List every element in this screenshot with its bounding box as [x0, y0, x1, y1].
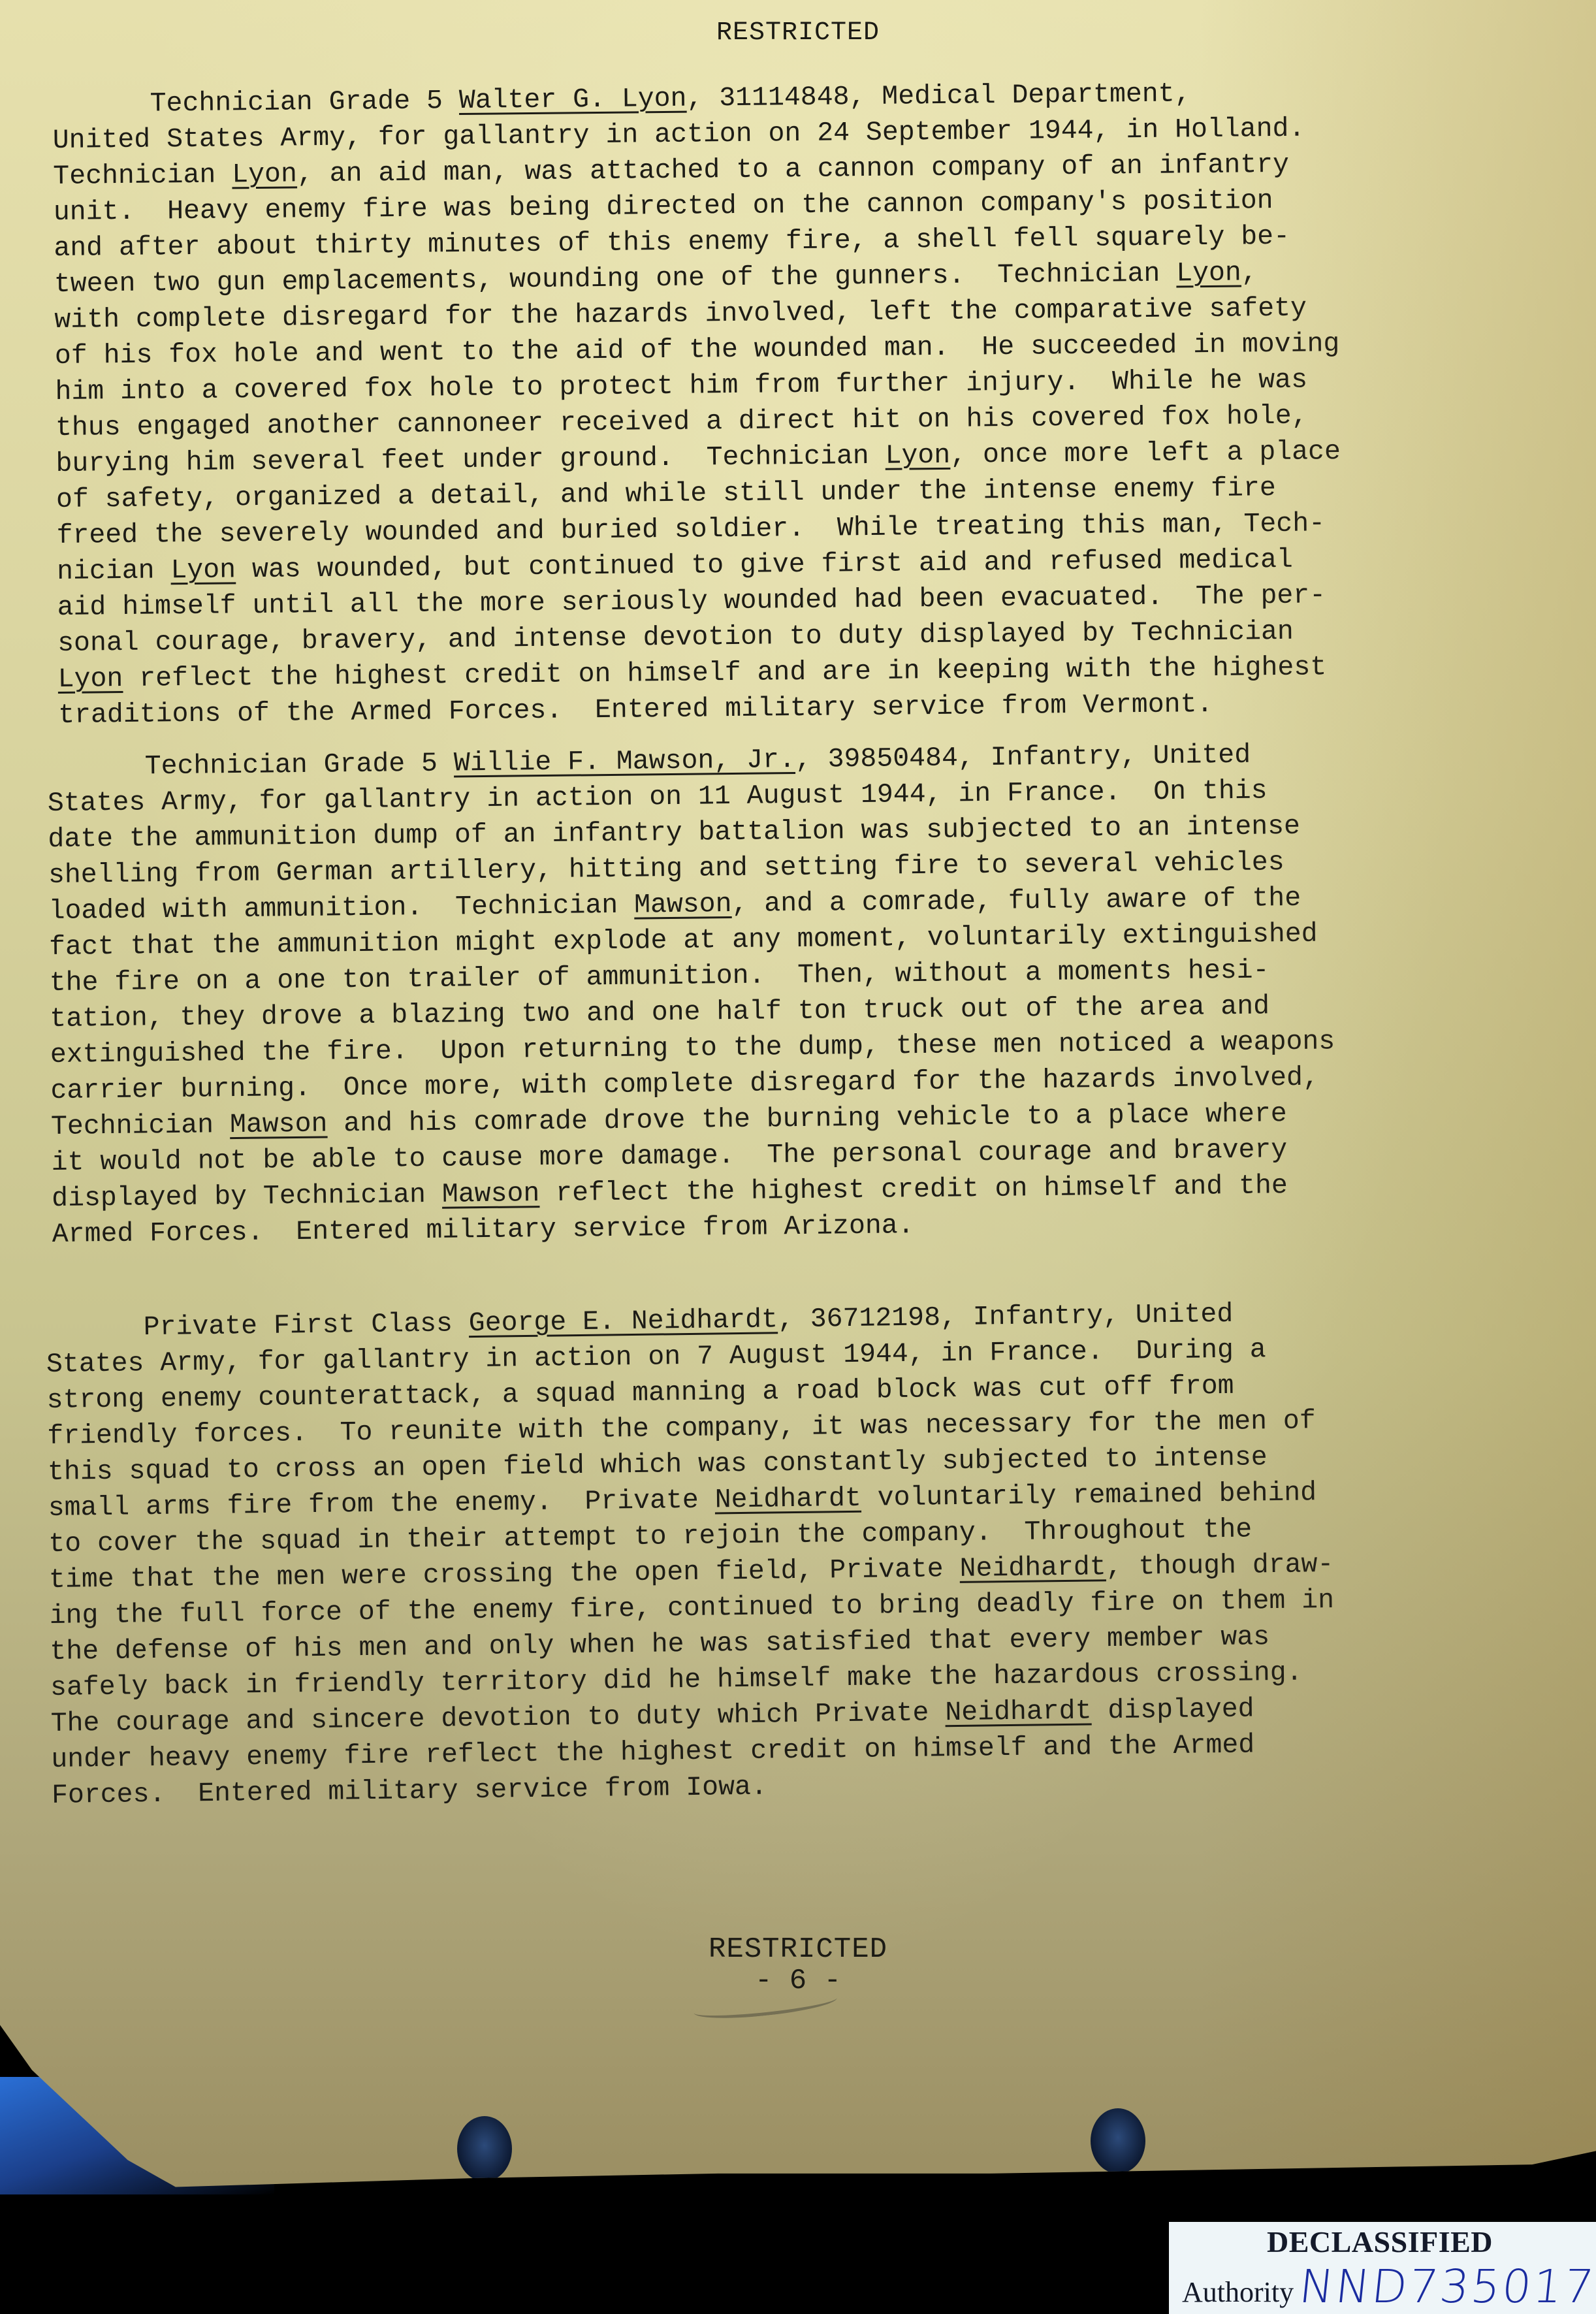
text-line: extinguished the fire. Upon returning to… [50, 1021, 1546, 1073]
text-line: Lyon reflect the highest credit on himse… [57, 647, 1553, 698]
citation-paragraph-neidhardt: Private First Class George E. Neidhardt,… [46, 1293, 1547, 1814]
paper-crease-mark [693, 1988, 838, 2023]
declassified-stamp: DECLASSIFIED Authority NND735017 [1169, 2222, 1596, 2314]
text-segment: extinguished the fire. Upon returning to… [50, 1026, 1335, 1070]
text-line: of his fox hole and went to the aid of t… [55, 324, 1550, 374]
text-segment: friendly forces. To reunite with the com… [47, 1406, 1316, 1452]
text-line: traditions of the Armed Forces. Entered … [58, 683, 1554, 733]
text-segment: tween two gun emplacements, wounding one… [54, 258, 1177, 299]
text-segment: loaded with ammunition. Technician [48, 890, 634, 927]
underlined-name: George E. Neidhardt [469, 1304, 778, 1339]
text-segment: shelling from German artillery, hitting … [48, 847, 1285, 891]
text-line: Armed Forces. Entered military service f… [52, 1201, 1547, 1253]
underlined-name: Walter G. Lyon [459, 84, 687, 116]
text-segment: States Army, for gallantry in action on … [46, 1334, 1266, 1380]
text-line: freed the severely wounded and buried so… [56, 504, 1552, 554]
punch-hole-left [457, 2116, 512, 2181]
text-segment: carrier burning. Once more, with complet… [50, 1063, 1319, 1106]
text-segment: and after about thirty minutes of this e… [54, 221, 1290, 264]
declassified-title: DECLASSIFIED [1267, 2225, 1493, 2259]
text-segment: , though draw- [1106, 1549, 1333, 1583]
text-line: of safety, organized a detail, and while… [56, 468, 1552, 518]
text-segment: aid himself until all the more seriously… [57, 580, 1326, 623]
text-line: thus engaged another cannoneer received … [56, 396, 1551, 446]
punch-hole-right [1091, 2108, 1145, 2174]
underlined-name: Neidhardt [945, 1695, 1092, 1728]
underlined-name: Lyon [232, 159, 297, 190]
page-number: - 6 - [0, 1965, 1596, 1997]
text-segment: , 36712198, Infantry, United [778, 1299, 1234, 1336]
text-segment: , an aid man, was attached to a cannon c… [297, 150, 1290, 190]
text-line: fact that the ammunition might explode a… [49, 914, 1544, 965]
text-line: Technician Grade 5 Walter G. Lyon, 31114… [52, 72, 1548, 123]
text-segment: United States Army, for gallantry in act… [53, 114, 1305, 156]
text-line: the fire on a one ton trailer of ammunit… [49, 950, 1544, 1001]
text-segment: under heavy enemy fire reflect the highe… [51, 1729, 1254, 1775]
text-line: aid himself until all the more seriously… [57, 575, 1552, 626]
citation-paragraph-mawson: Technician Grade 5 Willie F. Mawson, Jr.… [47, 734, 1548, 1253]
text-segment: States Army, for gallantry in action on … [48, 775, 1268, 819]
text-segment: safely back in friendly territory did he… [50, 1658, 1303, 1703]
text-segment: strong enemy counterattack, a squad mann… [46, 1371, 1234, 1416]
underlined-name: Lyon [1176, 258, 1241, 289]
text-line: burying him several feet under ground. T… [56, 432, 1551, 482]
text-segment: fact that the ammunition might explode a… [49, 919, 1318, 963]
text-line: Forces. Entered military service from Io… [52, 1760, 1548, 1814]
text-segment: the fire on a one ton trailer of ammunit… [49, 955, 1269, 999]
text-line: Technician Lyon, an aid man, was attache… [53, 144, 1548, 195]
text-segment: displayed [1091, 1694, 1254, 1726]
text-line: unit. Heavy enemy fire was being directe… [54, 180, 1549, 231]
text-line: this squad to cross an open field which … [48, 1436, 1544, 1490]
text-segment: Forces. Entered military service from Io… [52, 1772, 767, 1811]
underlined-name: Mawson [230, 1109, 328, 1141]
text-segment: Private First Class [46, 1308, 469, 1344]
text-line: loaded with ammunition. Technician Mawso… [48, 878, 1544, 929]
text-line: time that the men were crossing the open… [49, 1544, 1545, 1598]
text-segment: , and a comrade, fully aware of the [731, 883, 1301, 920]
text-segment: date the ammunition dump of an infantry … [48, 811, 1300, 855]
text-line: displayed by Technician Mawson reflect t… [52, 1165, 1547, 1217]
text-line: States Army, for gallantry in action on … [48, 770, 1543, 822]
underlined-name: Mawson [442, 1178, 540, 1210]
text-segment: and his comrade drove the burning vehicl… [327, 1099, 1287, 1139]
text-segment: , [1241, 257, 1258, 288]
text-segment: ing the full force of the enemy fire, co… [49, 1585, 1334, 1631]
citation-paragraph-lyon: Technician Grade 5 Walter G. Lyon, 31114… [52, 72, 1554, 733]
text-line: him into a covered fox hole to protect h… [55, 360, 1550, 410]
text-segment: him into a covered fox hole to protect h… [55, 365, 1307, 408]
text-line: small arms fire from the enemy. Private … [48, 1472, 1544, 1526]
text-line: tween two gun emplacements, wounding one… [54, 252, 1550, 302]
header-classification-marking: RESTRICTED [0, 18, 1596, 48]
text-segment: , once more left a place [950, 436, 1341, 471]
text-segment: Technician [51, 1110, 230, 1142]
text-segment: burying him several feet under ground. T… [56, 441, 886, 479]
text-segment: small arms fire from the enemy. Private [48, 1485, 715, 1524]
text-segment: Technician Grade 5 [52, 86, 459, 120]
text-segment: unit. Heavy enemy fire was being directe… [54, 185, 1273, 228]
underlined-name: Lyon [57, 664, 123, 695]
text-segment: sonal courage, bravery, and intense devo… [57, 617, 1294, 659]
text-segment: reflect the highest credit on himself an… [123, 652, 1326, 694]
text-segment: reflect the highest credit on himself an… [539, 1170, 1288, 1209]
text-segment: The courage and sincere devotion to duty… [50, 1697, 945, 1739]
text-line: under heavy enemy fire reflect the highe… [51, 1724, 1547, 1778]
document-page: RESTRICTED Technician Grade 5 Walter G. … [0, 0, 1596, 2250]
text-line: to cover the squad in their attempt to r… [48, 1508, 1544, 1562]
underlined-name: Lyon [885, 440, 950, 472]
text-line: nician Lyon was wounded, but continued t… [57, 539, 1552, 590]
text-segment: this squad to cross an open field which … [48, 1442, 1268, 1488]
text-segment: Technician [53, 159, 232, 192]
text-line: and after about thirty minutes of this e… [54, 216, 1549, 266]
text-line: States Army, for gallantry in action on … [46, 1328, 1542, 1383]
text-line: shelling from German artillery, hitting … [48, 842, 1544, 893]
text-segment: Technician Grade 5 [47, 748, 454, 783]
text-line: the defense of his men and only when he … [50, 1616, 1546, 1670]
text-line: ing the full force of the enemy fire, co… [49, 1580, 1545, 1634]
text-line: it would not be able to cause more damag… [51, 1129, 1546, 1181]
text-segment: was wounded, but continued to give first… [236, 545, 1293, 586]
text-segment: tation, they drove a blazing two and one… [50, 991, 1269, 1035]
text-line: Private First Class George E. Neidhardt,… [46, 1293, 1542, 1347]
text-line: United States Army, for gallantry in act… [53, 108, 1548, 159]
text-line: Technician Mawson and his comrade drove … [51, 1093, 1546, 1145]
text-segment: nician [57, 555, 171, 587]
text-line: sonal courage, bravery, and intense devo… [57, 611, 1553, 662]
text-line: date the ammunition dump of an infantry … [48, 806, 1543, 858]
text-segment: of safety, organized a detail, and while… [56, 473, 1276, 515]
authority-number-handwritten: NND735017 [1297, 2260, 1596, 2313]
text-segment: , 31114848, Medical Department, [686, 78, 1190, 114]
text-segment: it would not be able to cause more damag… [51, 1134, 1287, 1178]
text-segment: traditions of the Armed Forces. Entered … [58, 689, 1213, 731]
text-segment: , 39850484, Infantry, United [795, 740, 1251, 775]
text-segment: voluntarily remained behind [861, 1477, 1317, 1514]
text-line: carrier burning. Once more, with complet… [50, 1057, 1546, 1109]
text-line: Technician Grade 5 Willie F. Mawson, Jr.… [47, 734, 1542, 786]
text-line: safely back in friendly territory did he… [50, 1652, 1546, 1706]
text-segment: displayed by Technician [52, 1180, 442, 1214]
text-segment: to cover the squad in their attempt to r… [48, 1514, 1252, 1560]
text-segment: with complete disregard for the hazards … [54, 293, 1307, 336]
underlined-name: Willie F. Mawson, Jr. [454, 745, 795, 779]
text-segment: freed the severely wounded and buried so… [56, 508, 1325, 551]
text-line: strong enemy counterattack, a squad mann… [46, 1364, 1542, 1419]
text-line: The courage and sincere devotion to duty… [50, 1688, 1546, 1742]
authority-label: Authority [1182, 2275, 1294, 2309]
text-segment: the defense of his men and only when he … [50, 1622, 1269, 1667]
underlined-name: Neidhardt [714, 1483, 861, 1516]
text-segment: Armed Forces. Entered military service f… [52, 1210, 914, 1250]
text-segment: of his fox hole and went to the aid of t… [55, 329, 1340, 372]
footer-classification-marking: RESTRICTED [0, 1933, 1596, 1966]
underlined-name: Neidhardt [959, 1552, 1106, 1584]
text-line: tation, they drove a blazing two and one… [50, 986, 1545, 1037]
text-line: friendly forces. To reunite with the com… [47, 1400, 1543, 1454]
underlined-name: Mawson [634, 889, 732, 921]
text-segment: thus engaged another cannoneer received … [56, 401, 1308, 443]
underlined-name: Lyon [170, 554, 236, 586]
text-segment: time that the men were crossing the open… [49, 1554, 960, 1596]
text-line: with complete disregard for the hazards … [54, 288, 1550, 338]
